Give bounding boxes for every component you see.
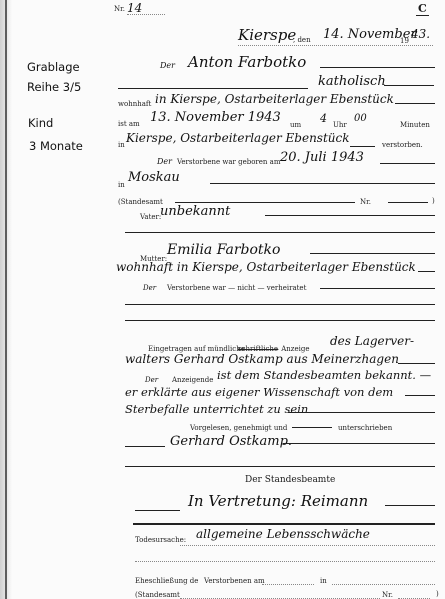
- death-certificate-page: Grablage Reihe 3/5 Kind 3 Monate Nr. 14 …: [0, 0, 445, 599]
- informant-known-3: Sterbefalle unterrichtet zu sein: [125, 402, 308, 416]
- date-prefix: , den: [293, 36, 311, 44]
- registry-nr-line: [388, 202, 428, 203]
- informant-line-2-rule: [398, 363, 435, 364]
- registry2-nr: Nr.: [382, 591, 393, 599]
- religion-line: [384, 85, 434, 86]
- informant-known-1: ist dem Standesbeamten bekannt. —: [217, 368, 431, 382]
- informant-known-2: er erklärte aus eigener Wissenschaft von…: [125, 385, 393, 399]
- religion: katholisch: [318, 74, 386, 89]
- number-line: [127, 14, 165, 15]
- year-prefix: 19: [400, 37, 409, 45]
- date-line: [238, 45, 433, 46]
- born-place-prefix: in: [118, 181, 125, 189]
- informant-known-3-rule: [288, 412, 435, 413]
- residence-line: [395, 103, 435, 104]
- year-value: 43.: [411, 27, 430, 41]
- died-place-line: [350, 146, 375, 147]
- mother-line: [310, 253, 435, 254]
- signature-left-line: [125, 446, 165, 447]
- marriage-place-line: [332, 584, 435, 585]
- born-place: Moskau: [128, 170, 180, 185]
- cause-value: allgemeine Lebensschwäche: [196, 527, 370, 541]
- registrar-left-line: [135, 510, 180, 511]
- born-date: 20. Juli 1943: [280, 150, 364, 165]
- read-line: [292, 427, 332, 428]
- time-hour: 4: [320, 112, 327, 125]
- born-label: Verstorbene war geboren am: [177, 158, 280, 166]
- registry-close: ): [432, 197, 435, 205]
- number-value: 14: [127, 1, 142, 15]
- registry2-close: ): [436, 590, 439, 598]
- signature-bottom-line: [125, 466, 435, 467]
- informant-line-2: walters Gerhard Ostkamp aus Meinerzhagen: [125, 352, 399, 366]
- registry2-label: (Standesamt: [135, 591, 180, 599]
- informant-label: Anzeigende: [172, 376, 213, 384]
- died-date: 13. November 1943: [150, 110, 281, 125]
- father-line: [265, 215, 435, 216]
- born-article: Der: [157, 157, 172, 166]
- father-value: unbekannt: [160, 204, 230, 219]
- mother-residence: wohnhaft in Kierspe, Ostarbeiterlager Eb…: [116, 260, 416, 274]
- residence-label: wohnhaft: [118, 100, 151, 108]
- informant-signature: Gerhard Ostkamp.: [170, 434, 292, 449]
- informant-known-2-rule: [405, 395, 435, 396]
- born-place-line: [210, 183, 435, 184]
- informant-line-1: des Lagerver-: [330, 334, 414, 348]
- time-minuten: Minuten: [400, 121, 430, 129]
- married-article: Der: [143, 284, 156, 292]
- time-minutes: 00: [354, 113, 367, 124]
- margin-note-row: Reihe 3/5: [27, 80, 81, 94]
- form-letter-underline: [416, 15, 429, 16]
- died-place-prefix: in: [118, 141, 125, 149]
- marriage-label-2: Verstorbenen am: [204, 577, 265, 585]
- registrar-right-line: [385, 505, 435, 506]
- father-label: Vater:: [140, 213, 161, 221]
- died-place: Kierspe, Ostarbeiterlager Ebenstück: [126, 131, 350, 145]
- margin-note-child: Kind: [28, 116, 53, 130]
- deceased-name: Anton Farbotko: [188, 53, 306, 71]
- name-line: [320, 67, 435, 68]
- blank-line-1: [125, 304, 435, 305]
- registry-nr: Nr.: [360, 198, 371, 206]
- registry-label: (Standesamt: [118, 198, 163, 206]
- signed-text: unterschrieben: [338, 424, 392, 432]
- mother-residence-line: [418, 271, 435, 272]
- cause-line-2: [135, 561, 435, 562]
- religion-left-line: [118, 88, 308, 89]
- cause-label: Todesursache:: [135, 536, 186, 544]
- time-um: um: [290, 121, 301, 129]
- margin-note-grave-location: Grablage: [27, 60, 80, 74]
- form-letter: C: [418, 2, 427, 15]
- page-binding-edge: [5, 0, 7, 599]
- father-line-2: [125, 232, 435, 233]
- mother-value: Emilia Farbotko: [167, 242, 280, 258]
- cause-line: [180, 545, 435, 546]
- blank-line-2: [125, 320, 435, 321]
- place: Kierspe: [238, 26, 296, 44]
- informant-article: Der: [145, 376, 158, 384]
- marriage-date-line: [262, 584, 314, 585]
- number-label: Nr.: [114, 5, 125, 13]
- died-suffix: verstorben.: [382, 141, 423, 149]
- name-article: Der: [160, 61, 175, 70]
- registrar-title: Der Standesbeamte: [245, 475, 335, 485]
- registrar-signature: In Vertretung: Reimann: [188, 492, 368, 510]
- died-label: ist am: [118, 120, 140, 128]
- signature-right-line: [283, 443, 435, 444]
- marriage-label: Eheschließung de: [135, 577, 198, 585]
- marriage-in: in: [320, 577, 327, 585]
- time-uhr: Uhr: [333, 121, 347, 129]
- married-line: [320, 288, 435, 289]
- registrar-bottom-line: [133, 523, 435, 525]
- margin-note-age: 3 Monate: [29, 139, 83, 153]
- read-text: Vorgelesen, genehmigt und: [190, 424, 287, 432]
- born-date-line: [380, 163, 435, 164]
- residence-value: in Kierspe, Ostarbeiterlager Ebenstück: [155, 92, 394, 106]
- married-text: Verstorbene war — nicht — verheiratet: [167, 284, 306, 292]
